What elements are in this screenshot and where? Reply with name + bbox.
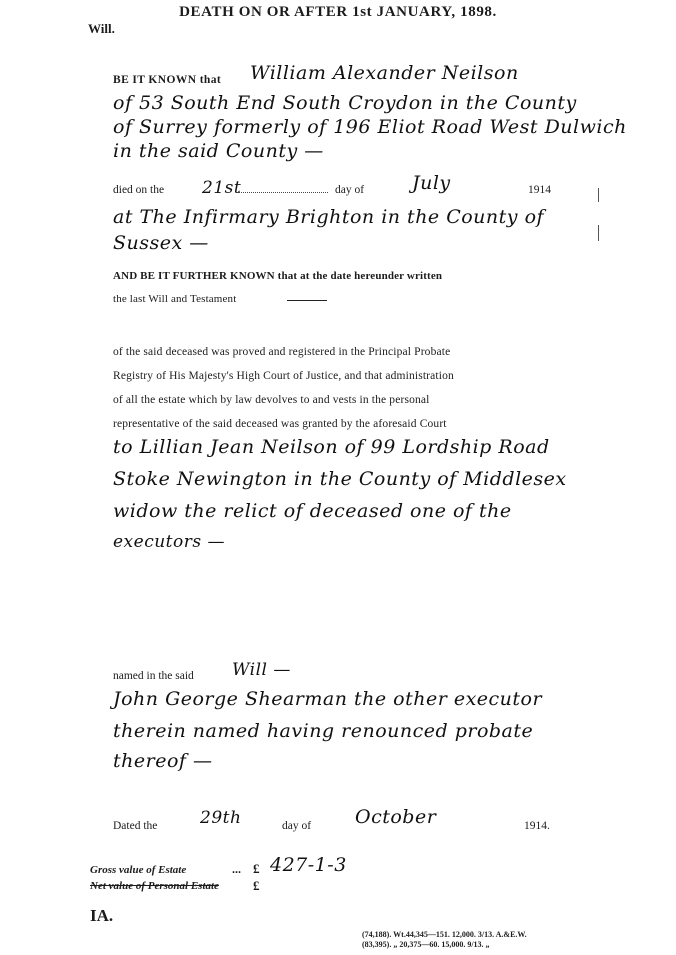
named-line-2: therein named having renounced probate [113, 720, 533, 742]
form-code: IA. [90, 906, 113, 926]
be-it-known-label: BE IT KNOWN that [113, 74, 221, 86]
dated-day: 29th [200, 808, 241, 828]
death-year: 1914 [528, 184, 551, 196]
document-title: DEATH ON OR AFTER 1st JANUARY, 1898. [0, 4, 676, 21]
gross-currency: £ [253, 861, 260, 877]
deceased-address-line-3: in the said County — [113, 140, 324, 162]
probate-text-line-1: of the said deceased was proved and regi… [113, 346, 450, 358]
margin-mark [598, 225, 599, 241]
dated-month: October [355, 806, 436, 828]
named-in-value: Will — [232, 660, 291, 680]
printer-code-line-2: (83,395). „ 20,375—60. 15,000. 9/13. „ [362, 940, 490, 950]
day-of-label: day of [335, 184, 364, 196]
dated-year: 1914. [524, 820, 550, 832]
grantee-line-2: Stoke Newington in the County of Middles… [113, 468, 567, 490]
gross-value-label: Gross value of Estate [90, 864, 186, 876]
deceased-address-line-2: of Surrey formerly of 196 Eliot Road Wes… [113, 116, 627, 138]
further-known-line-2: the last Will and Testament [113, 293, 236, 305]
printer-code-line-1: (74,188). Wt.44,345—151. 12,000. 3/13. A… [362, 930, 527, 940]
death-day: 21st [202, 178, 241, 198]
death-place-line-1: at The Infirmary Brighton in the County … [113, 206, 544, 228]
testament-dash [287, 300, 327, 301]
deceased-address-line-1: of 53 South End South Croydon in the Cou… [113, 92, 577, 114]
day-dotted-line [238, 192, 328, 193]
form-type-label: Will. [88, 21, 115, 37]
further-known-line-1: AND BE IT FURTHER KNOWN that at the date… [113, 270, 442, 282]
gross-value: 427-1-3 [270, 854, 347, 876]
grantee-line-4: executors — [113, 532, 225, 552]
died-on-label: died on the [113, 184, 164, 196]
probate-text-line-3: of all the estate which by law devolves … [113, 394, 429, 406]
grantee-line-3: widow the relict of deceased one of the [113, 500, 512, 522]
grantee-line-1: to Lillian Jean Neilson of 99 Lordship R… [113, 436, 550, 458]
probate-text-line-4: representative of the said deceased was … [113, 418, 447, 430]
net-currency: £ [253, 878, 260, 894]
margin-mark [598, 188, 599, 202]
death-place-line-2: Sussex — [113, 232, 209, 254]
named-line-3: thereof — [113, 750, 212, 772]
named-in-label: named in the said [113, 670, 194, 682]
gross-value-dots: ... [232, 862, 241, 877]
named-line-1: John George Shearman the other executor [113, 688, 542, 710]
death-month: July [412, 172, 451, 194]
probate-text-line-2: Registry of His Majesty's High Court of … [113, 370, 454, 382]
dated-day-of-label: day of [282, 820, 311, 832]
deceased-name: William Alexander Neilson [250, 62, 519, 84]
net-value-label: Net value of Personal Estate [90, 880, 219, 892]
dated-label: Dated the [113, 820, 157, 832]
